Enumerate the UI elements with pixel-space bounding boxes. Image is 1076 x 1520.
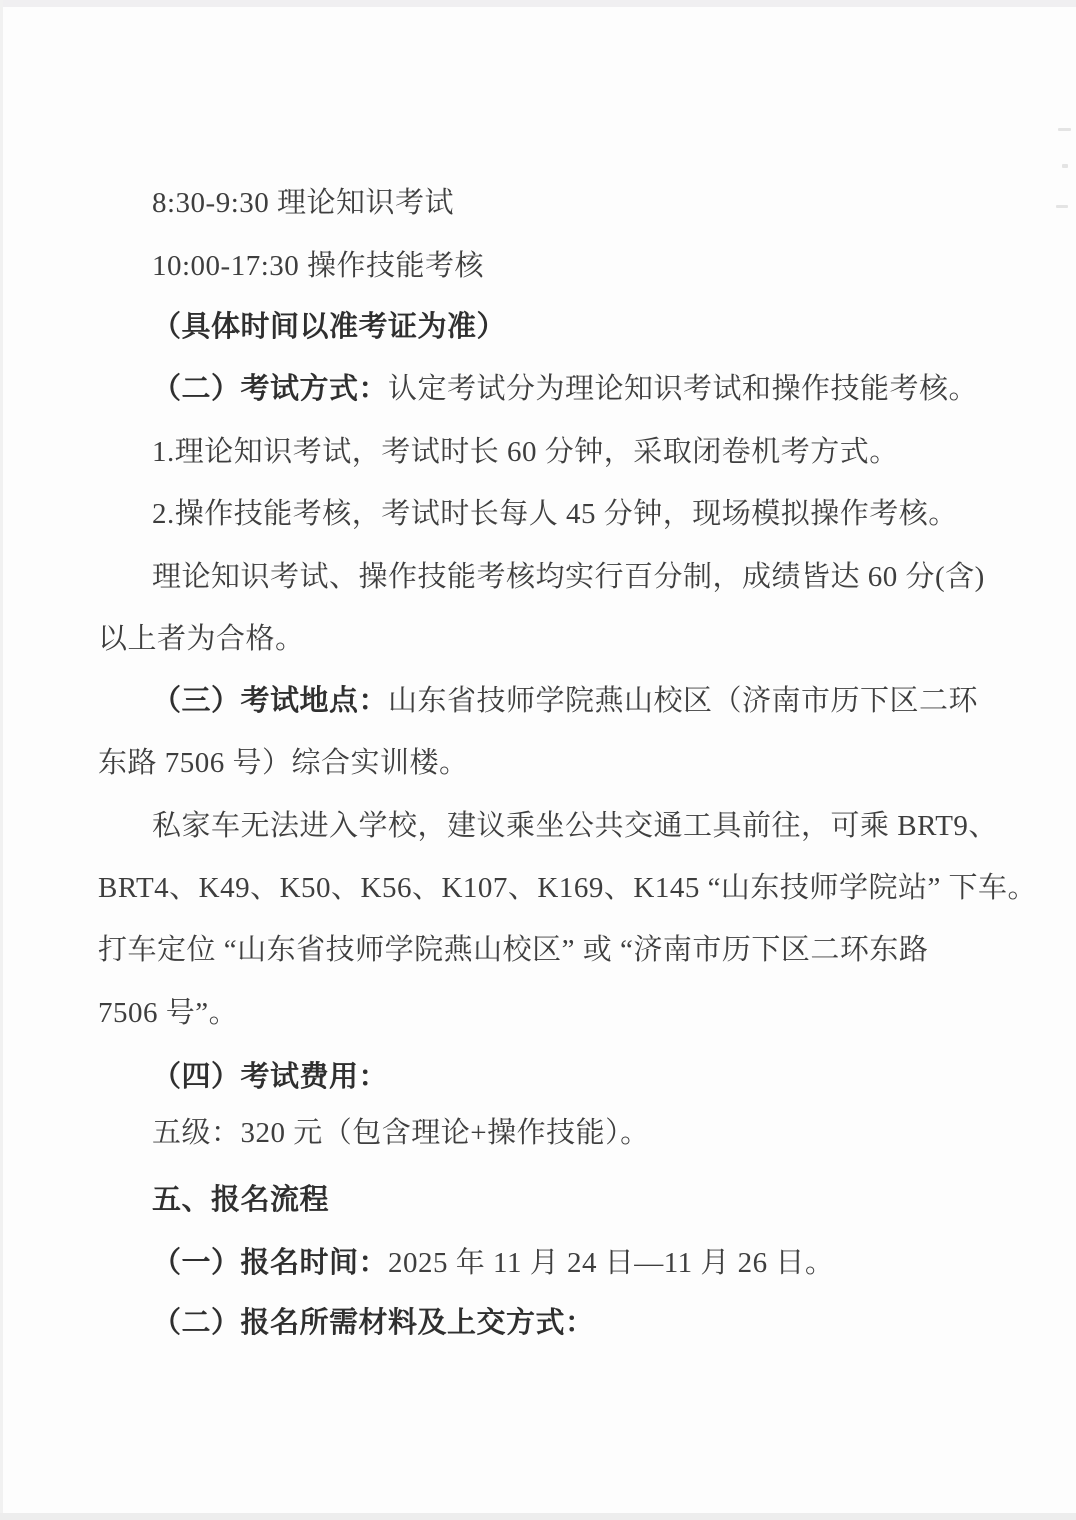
line-time-note: （具体时间以准考证为准） bbox=[98, 296, 506, 358]
line-passing-score-1: 理论知识考试、操作技能考核均实行百分制，成绩皆达 60 分(含) bbox=[98, 546, 985, 608]
line-text: BRT4、K49、K50、K56、K107、K169、K145 “山东技师学院站… bbox=[98, 872, 1037, 904]
line-leader: （二）考试方式： bbox=[152, 373, 388, 405]
scan-edge-left bbox=[0, 0, 3, 1520]
line-exam-time-theory: 8:30-9:30 理论知识考试 bbox=[98, 172, 454, 234]
scan-artifact bbox=[1062, 164, 1068, 168]
scan-edge-bottom bbox=[0, 1513, 1076, 1520]
line-practical-exam-detail: 2.操作技能考核，考试时长每人 45 分钟，现场模拟操作考核。 bbox=[98, 483, 958, 545]
line-passing-score-2: 以上者为合格。 bbox=[98, 608, 305, 670]
line-taxi-location-1: 打车定位 “山东省技师学院燕山校区” 或 “济南市历下区二环东路 bbox=[98, 919, 928, 981]
line-leader: （二）报名所需材料及上交方式： bbox=[152, 1307, 595, 1339]
line-leader: 五、报名流程 bbox=[152, 1184, 329, 1216]
line-leader: （一）报名时间： bbox=[152, 1247, 388, 1279]
line-exam-method-heading: （二）考试方式：认定考试分为理论知识考试和操作技能考核。 bbox=[98, 358, 978, 420]
line-text: 7506 号”。 bbox=[98, 997, 238, 1029]
document-page: 8:30-9:30 理论知识考试 10:00-17:30 操作技能考核 （具体时… bbox=[0, 0, 1076, 1520]
line-text: 2025 年 11 月 24 日—11 月 26 日。 bbox=[388, 1247, 834, 1279]
line-text: 2.操作技能考核，考试时长每人 45 分钟，现场模拟操作考核。 bbox=[152, 498, 958, 530]
line-text: 以上者为合格。 bbox=[98, 623, 305, 655]
line-text: 理论知识考试、操作技能考核均实行百分制，成绩皆达 60 分(含) bbox=[152, 561, 985, 593]
line-exam-location-2: 东路 7506 号）综合实训楼。 bbox=[98, 732, 469, 794]
line-transport-2: BRT4、K49、K50、K56、K107、K169、K145 “山东技师学院站… bbox=[98, 857, 1037, 919]
line-leader: （四）考试费用： bbox=[152, 1061, 388, 1093]
line-exam-fee-detail: 五级：320 元（包含理论+操作技能）。 bbox=[98, 1102, 650, 1164]
line-registration-time: （一）报名时间：2025 年 11 月 24 日—11 月 26 日。 bbox=[98, 1232, 834, 1294]
line-text: 10:00-17:30 操作技能考核 bbox=[152, 250, 484, 282]
line-text: 私家车无法进入学校，建议乘坐公共交通工具前往，可乘 BRT9、 bbox=[152, 810, 998, 842]
line-leader: （具体时间以准考证为准） bbox=[152, 311, 506, 343]
line-text: 山东省技师学院燕山校区（济南市历下区二环 bbox=[388, 685, 978, 717]
line-text: 五级：320 元（包含理论+操作技能）。 bbox=[152, 1117, 650, 1149]
line-text: 1.理论知识考试，考试时长 60 分钟，采取闭卷机考方式。 bbox=[152, 436, 899, 468]
line-taxi-location-2: 7506 号”。 bbox=[98, 982, 238, 1044]
line-text: 认定考试分为理论知识考试和操作技能考核。 bbox=[388, 373, 978, 405]
line-exam-time-practical: 10:00-17:30 操作技能考核 bbox=[98, 235, 484, 297]
line-registration-materials: （二）报名所需材料及上交方式： bbox=[98, 1292, 595, 1354]
line-text: 东路 7506 号）综合实训楼。 bbox=[98, 747, 469, 779]
line-transport-1: 私家车无法进入学校，建议乘坐公共交通工具前往，可乘 BRT9、 bbox=[98, 795, 998, 857]
scan-artifact bbox=[1058, 128, 1071, 131]
line-text: 打车定位 “山东省技师学院燕山校区” 或 “济南市历下区二环东路 bbox=[98, 934, 928, 966]
line-theory-exam-detail: 1.理论知识考试，考试时长 60 分钟，采取闭卷机考方式。 bbox=[98, 421, 899, 483]
scan-artifact bbox=[1056, 205, 1068, 208]
line-exam-fee-heading: （四）考试费用： bbox=[98, 1046, 388, 1108]
line-exam-location-1: （三）考试地点：山东省技师学院燕山校区（济南市历下区二环 bbox=[98, 670, 978, 732]
line-section-registration: 五、报名流程 bbox=[98, 1169, 329, 1231]
scan-edge-top bbox=[0, 0, 1076, 7]
line-leader: （三）考试地点： bbox=[152, 685, 388, 717]
line-text: 8:30-9:30 理论知识考试 bbox=[152, 187, 454, 219]
